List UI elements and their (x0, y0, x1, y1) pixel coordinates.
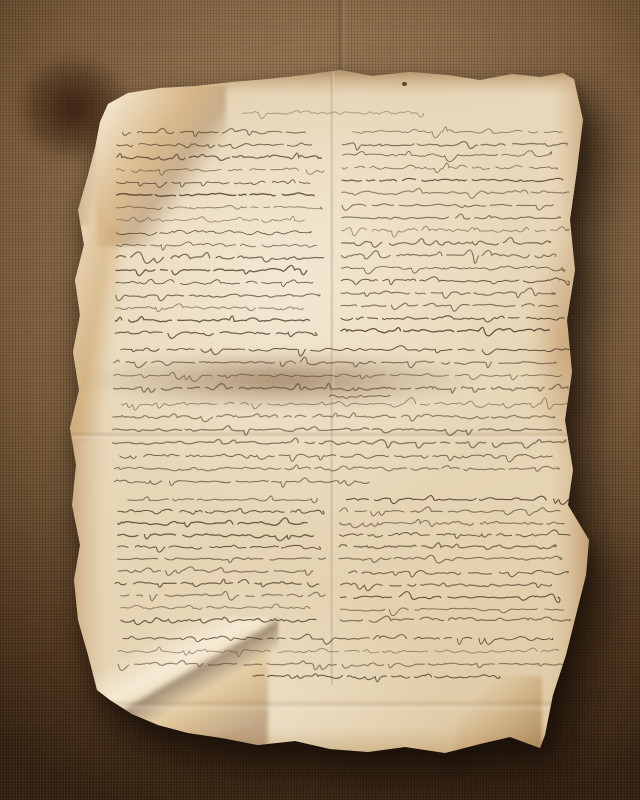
text-block-column-2-right (339, 496, 574, 563)
text-block-column-3-left (115, 567, 325, 625)
handwriting-text (0, 0, 640, 800)
text-block-centered-word (329, 395, 390, 398)
text-block-paragraph-full-3 (114, 454, 559, 487)
text-block-closing-line (253, 674, 500, 682)
text-block-paragraph-full-2 (113, 398, 572, 448)
manuscript-paper (0, 0, 640, 800)
text-block-column-3-right (340, 570, 570, 622)
text-block-heading-scribble (242, 111, 423, 119)
paper-shadow (0, 0, 640, 800)
text-block-paragraph-full-1 (114, 346, 573, 393)
manuscript-photo (0, 0, 640, 800)
text-block-column-1-left (115, 128, 324, 338)
text-block-paragraph-full-4 (118, 634, 567, 670)
text-block-column-2-left (118, 496, 326, 563)
text-block-column-1-right (341, 127, 570, 336)
